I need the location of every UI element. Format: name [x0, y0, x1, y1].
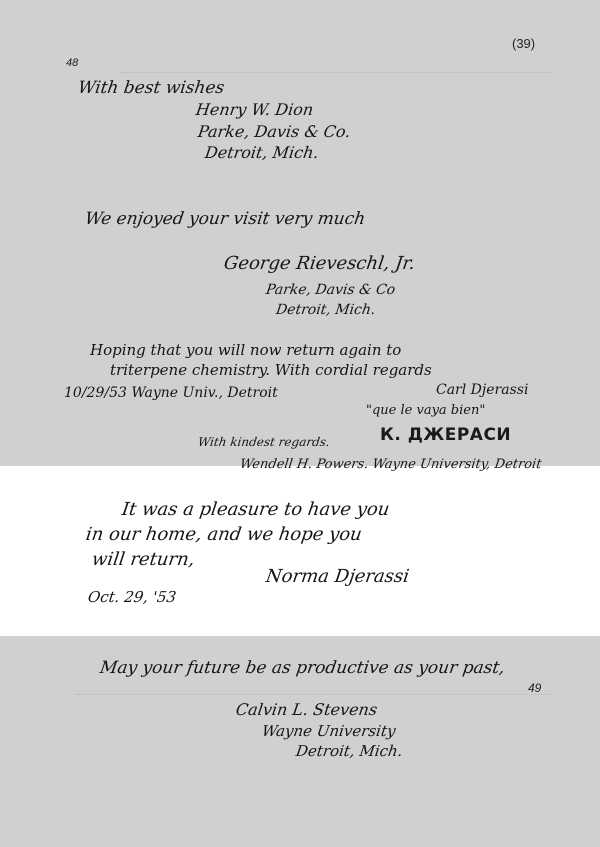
entry-message: May your future be as productive as your… — [99, 660, 506, 677]
entry-message: We enjoyed your visit very much — [84, 211, 367, 228]
entry-date: Oct. 29, '53 — [87, 590, 177, 605]
faint-rule — [76, 694, 550, 695]
page-number-top: (39) — [512, 37, 535, 50]
white-insert-band — [0, 466, 600, 636]
page-number-left: 48 — [66, 58, 78, 69]
signature-name: Norma Djerassi — [265, 568, 410, 586]
entry-date-place: 10/29/53 Wayne Univ., Detroit — [64, 386, 278, 400]
entry-message-line-2: in our home, and we hope you — [85, 526, 363, 544]
faint-rule — [120, 72, 550, 73]
entry-message-line-1: Hoping that you will now return again to — [90, 343, 401, 358]
signature-company: Parke, Davis & Co — [265, 283, 396, 297]
entry-message: With best wishes — [77, 80, 226, 97]
signature-name: George Rieveschl, Jr. — [223, 255, 416, 273]
signature-name: Henry W. Dion — [195, 102, 314, 118]
signature-city: Detroit, Mich. — [275, 303, 376, 317]
entry-message-line-2: triterpene chemistry. With cordial regar… — [110, 363, 432, 378]
signature-city: Detroit, Mich. — [295, 744, 404, 759]
entry-message-line-3: will return, — [91, 551, 196, 569]
signature-company: Parke, Davis & Co. — [197, 124, 352, 140]
signature-name: Wendell H. Powers. Wayne University, Det… — [239, 458, 542, 471]
entry-message: With kindest regards. — [197, 436, 330, 448]
signature-city: Detroit, Mich. — [204, 145, 320, 161]
signature-university: Wayne University — [261, 724, 397, 739]
signature-name: Carl Djerassi — [436, 383, 528, 397]
cyrillic-name-stamp: К. ДЖЕРАСИ — [380, 425, 511, 445]
page-number-right: 49 — [528, 682, 541, 694]
entry-quote: "que le vaya bien" — [366, 404, 485, 417]
signature-name: Calvin L. Stevens — [235, 702, 378, 718]
entry-message-line-1: It was a pleasure to have you — [121, 501, 391, 519]
